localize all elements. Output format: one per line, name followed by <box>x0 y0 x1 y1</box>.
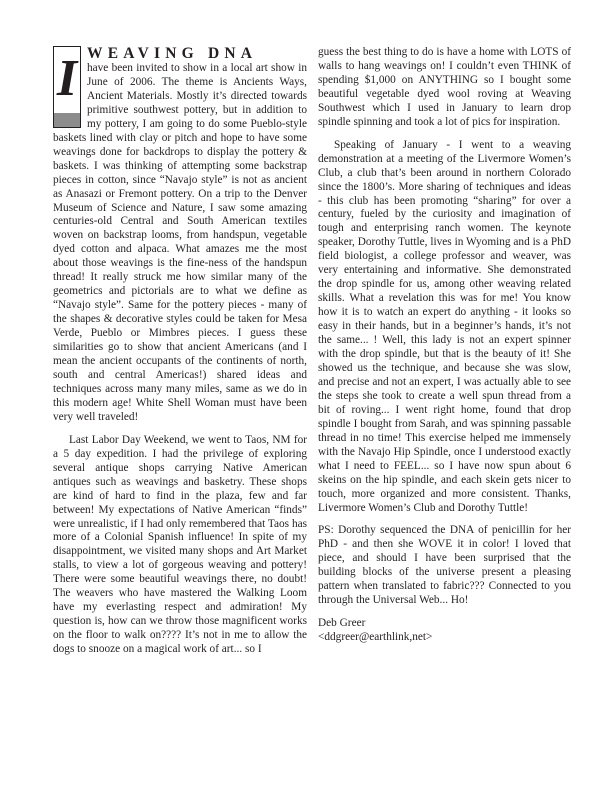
drop-cap-letter: I <box>54 53 80 105</box>
article-title: WEAVING DNA <box>55 46 307 62</box>
left-column: I WEAVING DNA have been invited to show … <box>53 48 307 666</box>
signature-name: Deb Greer <box>318 617 571 631</box>
right-column: guess the best thing to do is have a hom… <box>318 46 571 645</box>
signature-email[interactable]: <ddgreer@earthlink,net> <box>318 631 571 645</box>
taos-paragraph: Last Labor Day Weekend, we went to Taos,… <box>53 434 307 657</box>
ps-paragraph: PS: Dorothy sequenced the DNA of penicil… <box>318 524 571 608</box>
drop-cap-box: I <box>53 46 81 128</box>
continued-paragraph: guess the best thing to do is have a hom… <box>318 46 571 130</box>
drop-cap-gray-band <box>54 113 80 127</box>
january-paragraph: Speaking of January - I went to a weavin… <box>318 139 571 516</box>
newsletter-page: I WEAVING DNA have been invited to show … <box>0 0 612 792</box>
intro-paragraph: have been invited to show in a local art… <box>53 62 307 425</box>
signature-block: Deb Greer <ddgreer@earthlink,net> <box>318 617 571 645</box>
